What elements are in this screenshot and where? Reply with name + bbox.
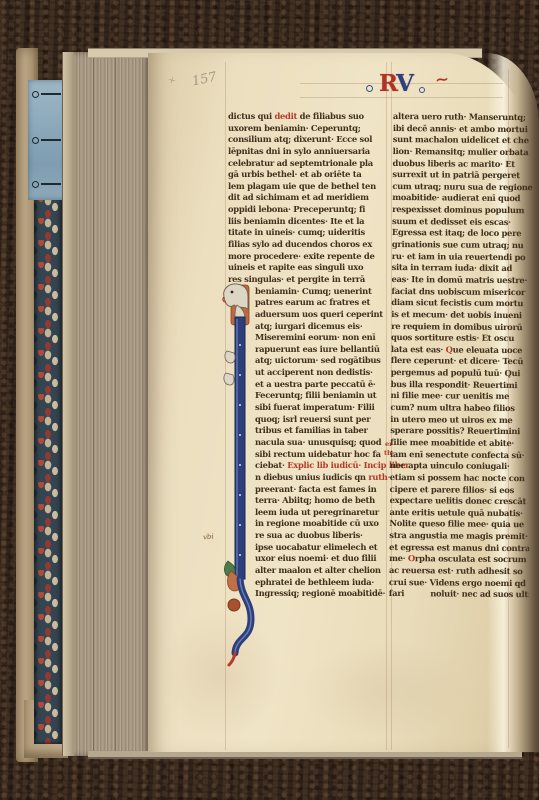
margin-note: vbi xyxy=(203,532,214,541)
text-line: farinoluit· nec ad suos ultra red· xyxy=(389,588,529,601)
text-line: celebratur ad septemtrionale pla xyxy=(228,158,386,170)
red-flourish-icon: ∼ xyxy=(434,69,450,90)
text-line: more procedere· exite repente de xyxy=(228,251,386,263)
beast-eye-icon xyxy=(231,291,234,294)
text-line: uxorem beniamin· Ceperuntq; xyxy=(228,123,386,135)
parchment-stain xyxy=(160,610,280,740)
text-line: oppidi lebona· Preceperuntq; fi xyxy=(228,204,386,216)
text-line: gā urbis bethel· et ab oriēte ta xyxy=(228,169,386,181)
book-bottom-edge xyxy=(88,751,522,759)
intercolumn-red-mark: er xyxy=(385,440,393,448)
manuscript-photo: { "running_title": { "letters": [ {"char… xyxy=(0,0,539,800)
ruler-ring-icon xyxy=(32,137,39,144)
marbled-endpaper xyxy=(34,196,62,744)
text-line: titate in uineis· cumq; uideritis xyxy=(228,227,386,239)
text-line: lem plagam uie que de bethel ten xyxy=(228,181,386,193)
ruler-line-icon xyxy=(41,183,61,185)
measuring-ruler xyxy=(28,80,66,200)
initial-ball xyxy=(228,599,240,611)
text-line: lēpnitas dni in sylo anniuersaria xyxy=(228,146,386,158)
ruling-line xyxy=(386,62,387,750)
running-title-letter-v: V xyxy=(396,72,414,96)
parchment-stain xyxy=(300,640,470,740)
ruler-line-icon xyxy=(41,93,61,95)
ruling-line xyxy=(300,97,503,98)
ruler-line-icon xyxy=(41,139,61,141)
text-line: filias sylo ad ducendos choros ex xyxy=(228,239,386,251)
fanned-page-edges xyxy=(74,52,150,756)
ruler-ring-icon xyxy=(32,181,39,188)
initial-claw-icon xyxy=(225,351,235,363)
text-column-right: altera uero ruth· Manseruntq;ibi decē an… xyxy=(389,111,533,601)
running-title: R V ∼ xyxy=(366,72,449,96)
initial-shaft-highlight xyxy=(236,319,238,577)
punctus-dot-icon xyxy=(366,85,373,92)
punctus-dot-icon xyxy=(419,87,425,93)
text-line: dictus qui dedit de filiabus suo xyxy=(228,111,386,123)
intercolumn-red-mark: th· xyxy=(384,449,394,457)
text-line: uineis et rapite eas singuli uxo xyxy=(228,262,386,274)
text-line: dit ad sichimam et ad meridiem xyxy=(228,192,386,204)
ruler-ring-icon xyxy=(32,91,39,98)
initial-claw-icon xyxy=(224,373,234,385)
illuminated-initial-i xyxy=(221,279,259,671)
text-line: liis beniamin dicentes· Ite et la xyxy=(228,216,386,228)
text-line: consilium atq; dixerunt· Ecce sol xyxy=(228,134,386,146)
beast-head-icon xyxy=(224,284,248,309)
